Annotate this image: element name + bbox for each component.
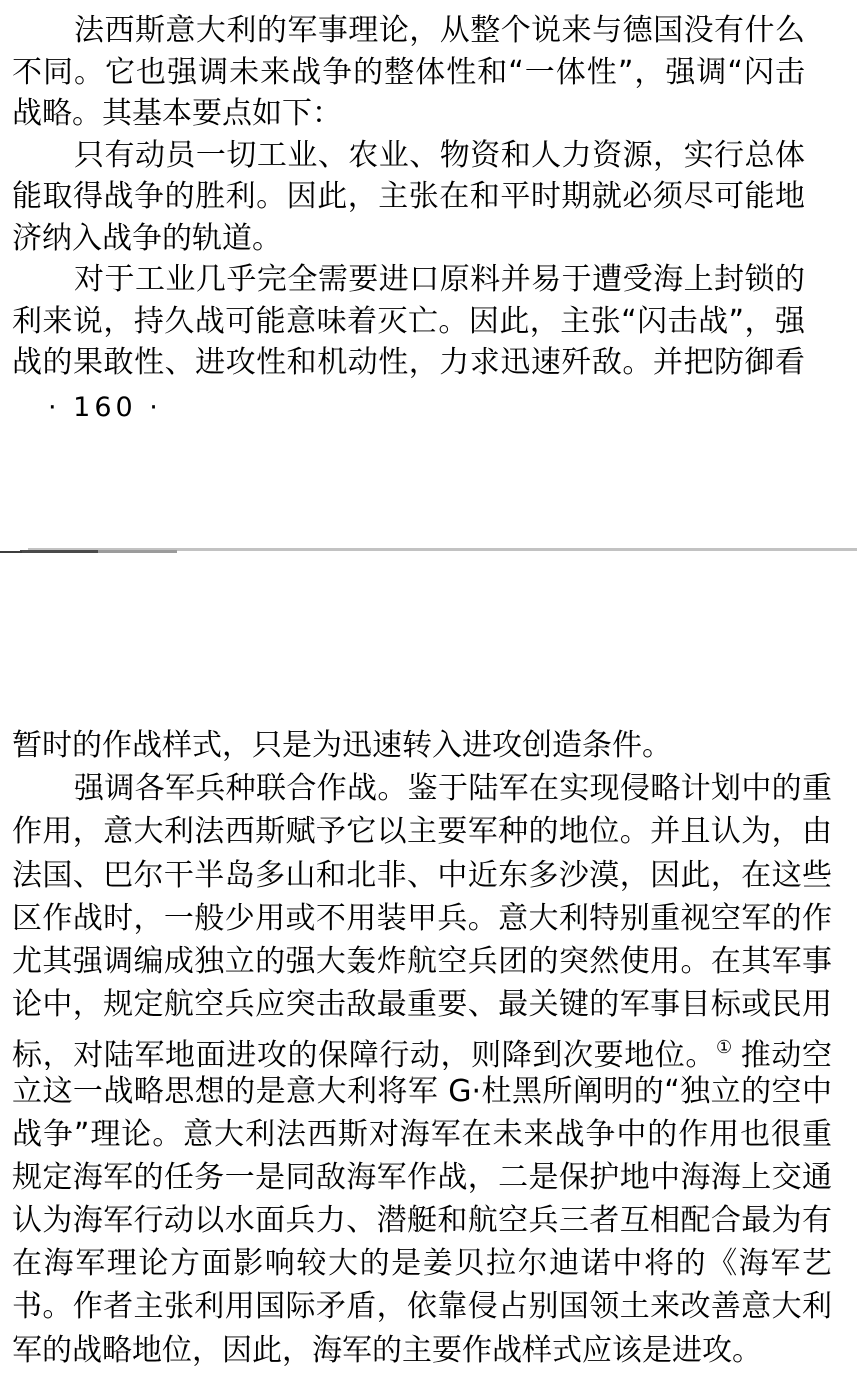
footnote-marker-icon: ① <box>716 1037 733 1058</box>
text-line: 书。作者主张利用国际矛盾，依靠侵占别国领土来改善意大利海 <box>12 1285 832 1328</box>
text-line: 法西斯意大利的军事理论，从整个说来与德国没有什么大的 <box>12 10 805 52</box>
text-line: 在海军理论方面影响较大的是姜贝拉尔迪诺中将的《海军艺术》一 <box>12 1242 832 1285</box>
text-line: 军的战略地位，因此，海军的主要作战样式应该是进攻。 <box>12 1329 832 1372</box>
text-segment: 标，对陆军地面进攻的保障行动，则降到次要地位。 <box>12 1038 716 1069</box>
divider-segment-mid <box>98 550 177 553</box>
page-bottom-text: 暂时的作战样式，只是为迅速转入进攻创造条件。 强调各军兵种联合作战。鉴于陆军在实… <box>12 724 832 1372</box>
text-line: 对于工业几乎完全需要进口原料并易于遭受海上封锁的意大 <box>12 259 805 301</box>
text-line: 暂时的作战样式，只是为迅速转入进攻创造条件。 <box>12 724 832 767</box>
text-line: 能取得战争的胜利。因此，主张在和平时期就必须尽可能地将经 <box>12 176 805 218</box>
text-line: 利来说，持久战可能意味着灭亡。因此，主张“闪击战”，强调作 <box>12 301 805 343</box>
text-line: 战的果敢性、进攻性和机动性，力求迅速歼敌。并把防御看成是 <box>12 342 805 384</box>
text-line: 作用，意大利法西斯赋予它以主要军种的地位。并且认为，由于 <box>12 810 832 853</box>
text-line: 济纳入战争的轨道。 <box>12 218 805 260</box>
text-line: 只有动员一切工业、农业、物资和人力资源，实行总体战，才 <box>12 135 805 177</box>
text-line: 强调各军兵种联合作战。鉴于陆军在实现侵略计划中的重要 <box>12 767 832 810</box>
page-number: · 160 · <box>48 392 162 423</box>
text-line: 尤其强调编成独立的强大轰炸航空兵团的突然使用。在其军事理 <box>12 940 832 983</box>
text-line: 立这一战略思想的是意大利将军 G·杜黑所阐明的“独立的空中 <box>12 1070 832 1113</box>
text-line: 不同。它也强调未来战争的整体性和“一体性”，强调“闪击战” <box>12 52 805 94</box>
text-line: 战争”理论。意大利法西斯对海军在未来战争中的作用也很重视。 <box>12 1113 832 1156</box>
page-top-text: 法西斯意大利的军事理论，从整个说来与德国没有什么大的 不同。它也强调未来战争的整… <box>12 10 805 384</box>
text-line: 法国、巴尔干半岛多山和北非、中近东多沙漠，因此，在这些地 <box>12 854 832 897</box>
text-line: 论中，规定航空兵应突击敌最重要、最关键的军事目标或民用目 <box>12 983 832 1026</box>
text-line-with-footnote: 标，对陆军地面进攻的保障行动，则降到次要地位。①推动空军确 <box>12 1026 832 1069</box>
divider-segment-dark <box>20 550 98 553</box>
text-line: 认为海军行动以水面兵力、潜艇和航空兵三者互相配合最为有效。 <box>12 1199 832 1242</box>
text-line: 规定海军的任务一是同敌海军作战，二是保护地中海海上交通线。 <box>12 1156 832 1199</box>
text-line: 区作战时，一般少用或不用装甲兵。意大利特别重视空军的作用， <box>12 897 832 940</box>
page-divider <box>0 547 857 557</box>
divider-segment-darkest <box>0 551 22 553</box>
text-line: 战略。其基本要点如下： <box>12 93 805 135</box>
